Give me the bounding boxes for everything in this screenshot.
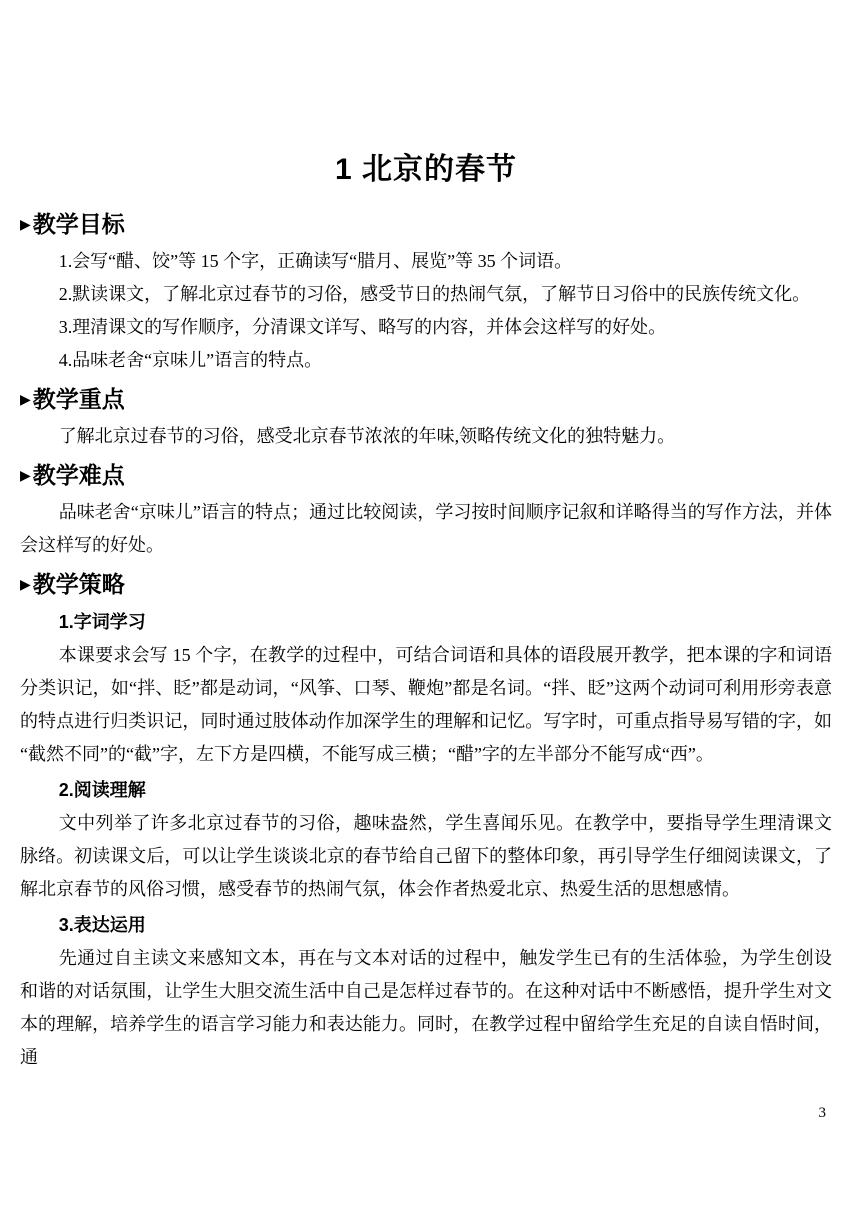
triangle-bullet-icon: ▶ — [20, 577, 31, 593]
word-study-paragraph: 本课要求会写 15 个字，在教学的过程中，可结合词语和具体的语段展开教学，把本课… — [20, 639, 832, 771]
section-teaching-difficulties: ▶教学难点 品味老舍“京味儿”语言的特点；通过比较阅读，学习按时间顺序记叙和详略… — [20, 457, 832, 562]
section-heading-teaching-difficulties: ▶教学难点 — [20, 457, 832, 494]
objective-item-3: 3.理清课文的写作顺序，分清课文详写、略写的内容，并体会这样写的好处。 — [20, 311, 832, 344]
document-page: 1 北京的春节 ▶教学目标 1.会写“醋、饺”等 15 个字，正确读写“腊月、展… — [0, 0, 860, 1216]
section-heading-teaching-objectives: ▶教学目标 — [20, 206, 832, 243]
page-number: 3 — [819, 1103, 827, 1123]
subsection-heading-expression-application: 3.表达运用 — [20, 909, 832, 942]
reading-comprehension-paragraph: 文中列举了许多北京过春节的习俗，趣味盎然，学生喜闻乐见。在教学中，要指导学生理清… — [20, 807, 832, 906]
section-teaching-objectives: ▶教学目标 1.会写“醋、饺”等 15 个字，正确读写“腊月、展览”等 35 个… — [20, 206, 832, 377]
section-heading-text: 教学难点 — [33, 462, 125, 488]
doc-title: 1 北京的春节 — [20, 148, 832, 192]
objective-item-1: 1.会写“醋、饺”等 15 个字，正确读写“腊月、展览”等 35 个词语。 — [20, 245, 832, 278]
expression-application-paragraph: 先通过自主读文来感知文本，再在与文本对话的过程中，触发学生已有的生活体验，为学生… — [20, 942, 832, 1074]
section-heading-text: 教学策略 — [33, 571, 125, 597]
section-heading-teaching-key-points: ▶教学重点 — [20, 381, 832, 418]
triangle-bullet-icon: ▶ — [20, 392, 31, 408]
objective-item-4: 4.品味老舍“京味儿”语言的特点。 — [20, 344, 832, 377]
difficulties-paragraph: 品味老舍“京味儿”语言的特点；通过比较阅读，学习按时间顺序记叙和详略得当的写作方… — [20, 496, 832, 562]
objective-item-2: 2.默读课文，了解北京过春节的习俗，感受节日的热闹气氛，了解节日习俗中的民族传统… — [20, 278, 832, 311]
section-heading-teaching-strategies: ▶教学策略 — [20, 566, 832, 603]
subsection-heading-reading-comprehension: 2.阅读理解 — [20, 774, 832, 807]
triangle-bullet-icon: ▶ — [20, 217, 31, 233]
section-teaching-strategies: ▶教学策略 1.字词学习 本课要求会写 15 个字，在教学的过程中，可结合词语和… — [20, 566, 832, 1074]
triangle-bullet-icon: ▶ — [20, 468, 31, 484]
section-heading-text: 教学目标 — [33, 211, 125, 237]
section-teaching-key-points: ▶教学重点 了解北京过春节的习俗，感受北京春节浓浓的年味,领略传统文化的独特魅力… — [20, 381, 832, 453]
key-points-paragraph: 了解北京过春节的习俗，感受北京春节浓浓的年味,领略传统文化的独特魅力。 — [20, 420, 832, 453]
section-heading-text: 教学重点 — [33, 386, 125, 412]
subsection-heading-word-study: 1.字词学习 — [20, 606, 832, 639]
